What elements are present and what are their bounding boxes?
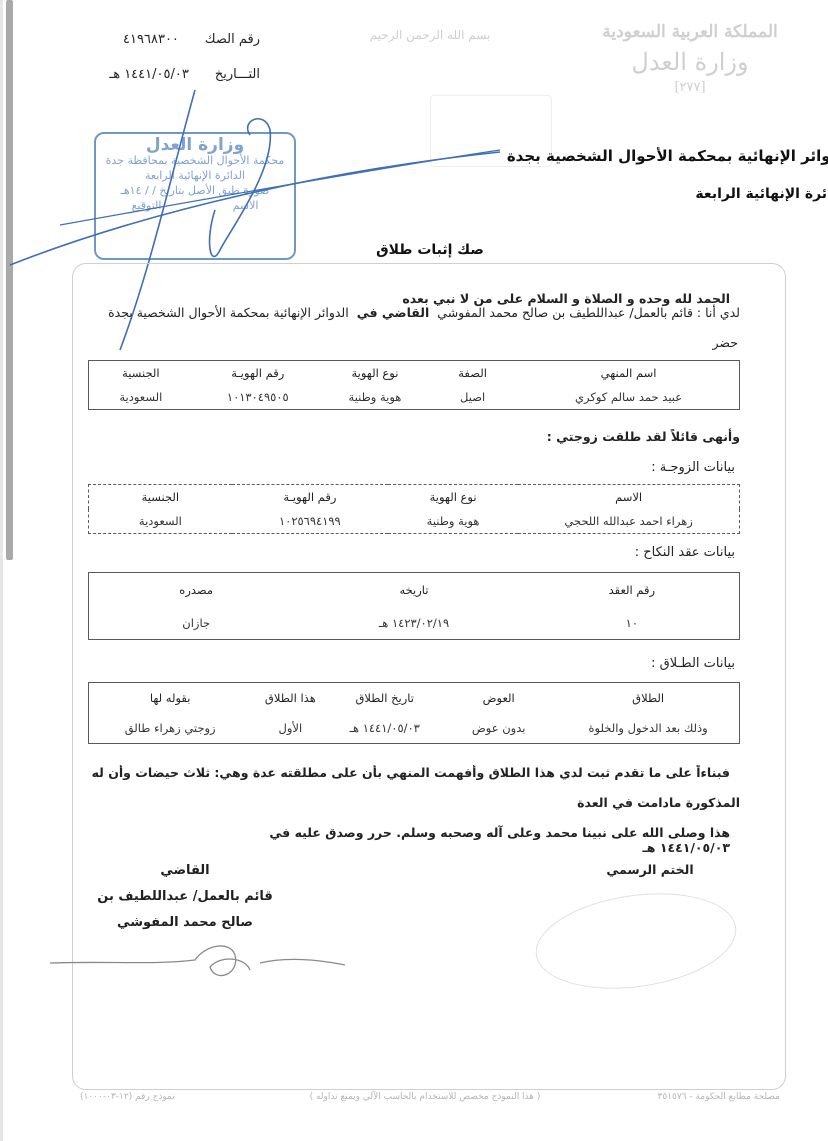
wife-section-label: بيانات الزوجـة :	[500, 460, 735, 475]
judge-role: القاضي في	[357, 305, 430, 320]
col-contract-date: تاريخه	[303, 573, 524, 607]
judge-intro-line: لدي أنا : قائم بالعمل/ عبداللطيف بن صالح…	[90, 305, 740, 320]
col-wife-id-type: نوع الهوية	[388, 485, 518, 510]
marriage-table: رقم العقد تاريخه مصدره ١٠ ١٤٢٣/٠٢/١٩ هـ …	[88, 572, 740, 640]
table-header-row: الاسم نوع الهوية رقم الهويـة الجنسية	[89, 485, 740, 510]
col-divorce-order: هذا الطلاق	[251, 683, 329, 714]
col-contract-source: مصدره	[89, 573, 304, 607]
wife-id-type: هوية وطنية	[388, 509, 518, 534]
document-title: صك إثبات طلاق	[330, 242, 530, 258]
applicant-id-type: هوية وطنية	[323, 385, 427, 410]
footer-printer: مصلحة مطابع الحكومة - ٣٥١٥٧٦	[600, 1092, 780, 1102]
table-row: وذلك بعد الدخول والخلوة بدون عوض ١٤٤١/٠٥…	[89, 713, 740, 744]
statement: وأنهى قائلاً لقد طلقت زوجتي :	[400, 429, 740, 444]
letterhead-code: [٢٧٧]	[600, 80, 780, 95]
applicant-nationality: السعودية	[89, 385, 193, 410]
contract-number: ١٠	[525, 606, 740, 640]
col-compensation: العوض	[440, 683, 557, 714]
judge-name-line-2: صالح محمد المفوشي	[95, 910, 275, 936]
basis-line-2: المذكورة مادامت في العدة	[400, 795, 740, 810]
closing-line: هذا وصلى الله على نبينا محمد وعلى آله وص…	[200, 825, 730, 855]
letterhead-ministry: وزارة العدل	[600, 48, 780, 76]
judge-court: الدوائر الإنهائية بمحكمة الأحوال الشخصية…	[108, 305, 349, 320]
wife-nationality: السعودية	[89, 509, 232, 534]
divorce-section-label: بيانات الطـلاق :	[500, 656, 735, 671]
judge-signature-icon	[45, 935, 355, 990]
col-nationality: الجنسية	[89, 361, 193, 386]
col-wife-id-number: رقم الهويـة	[232, 485, 388, 510]
wife-id-number: ١٠٢٥٦٩٤١٩٩	[232, 509, 388, 534]
col-divorce-words: بقوله لها	[89, 683, 252, 714]
divorce-date: ١٤٤١/٠٥/٠٣ هـ	[329, 713, 440, 744]
judge-name-line-1: قائم بالعمل/ عبداللطيف بن	[95, 884, 275, 910]
col-wife-name: الاسم	[518, 485, 739, 510]
letterhead-country: المملكة العربية السعودية	[600, 22, 780, 42]
table-row: ١٠ ١٤٢٣/٠٢/١٩ هـ جازان	[89, 606, 740, 640]
attended-label: حضر	[600, 335, 738, 350]
wife-name: زهراء احمد عبدالله اللحجي	[518, 509, 739, 534]
marriage-section-label: بيانات عقد النكاح :	[500, 545, 735, 560]
divorce-table: الطلاق العوض تاريخ الطلاق هذا الطلاق بقو…	[88, 682, 740, 744]
table-row: زهراء احمد عبدالله اللحجي هوية وطنية ١٠٢…	[89, 509, 740, 534]
wife-table: الاسم نوع الهوية رقم الهويـة الجنسية زهر…	[88, 484, 740, 534]
footer-form-number: نموذج رقم (١٢-٠٣-١٠٠٠)	[80, 1092, 210, 1102]
table-header-row: اسم المنهي الصفة نوع الهوية رقم الهويـة …	[89, 361, 740, 386]
judge-signature-block: القاضي قائم بالعمل/ عبداللطيف بن صالح مح…	[95, 858, 275, 936]
judge-title: القاضي	[95, 858, 275, 884]
table-header-row: الطلاق العوض تاريخ الطلاق هذا الطلاق بقو…	[89, 683, 740, 714]
applicant-name: عبيد حمد سالم كوكري	[518, 385, 739, 410]
court-circuit: الدائرة الإنهائية الرابعة	[560, 186, 828, 202]
table-row: عبيد حمد سالم كوكري اصيل هوية وطنية ١٠١٣…	[89, 385, 740, 410]
col-contract-number: رقم العقد	[525, 573, 740, 607]
opening-line: الحمد لله وحده و الصلاة و السلام على من …	[300, 291, 730, 306]
applicant-id-number: ١٠١٣٠٤٩٥٠٥	[193, 385, 323, 410]
deed-number-value: ٤١٩٦٨٣٠٠	[123, 32, 179, 47]
table-header-row: رقم العقد تاريخه مصدره	[89, 573, 740, 607]
judge-intro: لدي أنا : قائم بالعمل/ عبداللطيف بن صالح…	[437, 305, 740, 320]
official-seal-label: الختم الرسمي	[580, 862, 720, 877]
applicant-table: اسم المنهي الصفة نوع الهوية رقم الهويـة …	[88, 360, 740, 410]
contract-date: ١٤٢٣/٠٢/١٩ هـ	[303, 606, 524, 640]
basis-line-1: فبناءاً على ما تقدم ثبت لدي هذا الطلاق و…	[90, 765, 730, 780]
letterhead: المملكة العربية السعودية وزارة العدل [٢٧…	[600, 22, 780, 95]
divorce-type: وذلك بعد الدخول والخلوة	[557, 713, 739, 744]
applicant-capacity: اصيل	[427, 385, 518, 410]
deed-number-label: رقم الصك	[205, 32, 260, 47]
col-id-number: رقم الهويـة	[193, 361, 323, 386]
col-id-type: نوع الهوية	[323, 361, 427, 386]
divorce-order: الأول	[251, 713, 329, 744]
col-applicant-name: اسم المنهي	[518, 361, 739, 386]
col-capacity: الصفة	[427, 361, 518, 386]
col-divorce-type: الطلاق	[557, 683, 739, 714]
footer-note: ( هذا النموذج مخصص للاستخدام بالحاسب الآ…	[300, 1092, 550, 1102]
col-wife-nationality: الجنسية	[89, 485, 232, 510]
divorce-words: زوجتي زهراء طالق	[89, 713, 252, 744]
basmala: بسم الله الرحمن الرحيم	[360, 28, 500, 42]
deed-number-row: رقم الصك ٤١٩٦٨٣٠٠	[100, 32, 260, 47]
contract-source: جازان	[89, 606, 304, 640]
col-divorce-date: تاريخ الطلاق	[329, 683, 440, 714]
divorce-compensation: بدون عوض	[440, 713, 557, 744]
